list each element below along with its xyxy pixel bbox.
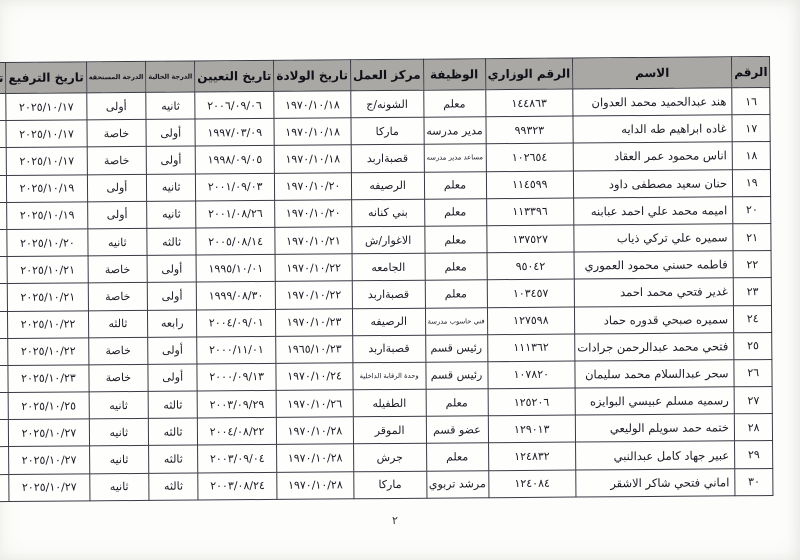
cell-name: سميره صبحي قدوره حماد	[574, 305, 733, 333]
cell-end_date: ٢٠٢٥/١٠/٢٨	[0, 447, 9, 475]
scanned-page: الرقمالاسمالرقم الوزاريالوظيفةمركز العمل…	[0, 0, 800, 560]
cell-cur_grade: أولى	[148, 337, 197, 365]
cell-birth_date: ١٩٧٠/١٠/٢٠	[274, 200, 351, 228]
column-header-promo_date: تاريخ الترفيع	[5, 62, 85, 94]
cell-ministry_no: ٩٩٣٢٣	[485, 116, 573, 144]
cell-cur_grade: أولى	[147, 282, 196, 310]
cell-job: معلم	[423, 171, 485, 199]
cell-promo_date: ٢٠٢٥/١٠/١٩	[7, 202, 87, 230]
cell-name: عبير جهاد كامل عبدالنبي	[575, 441, 734, 469]
cell-no: ٢٧	[734, 387, 773, 414]
cell-no: ١٨	[732, 142, 771, 169]
cell-due_grade: خاصة	[88, 364, 148, 392]
cell-appoint_date: ٢٠٠٣/٠٨/٢٤	[197, 472, 276, 500]
cell-due_grade: أولى	[87, 174, 147, 202]
cell-job: رئيس قسم	[425, 334, 487, 362]
cell-appoint_date: ٢٠٠٣/٠٩/٢٩	[197, 390, 276, 418]
cell-promo_date: ٢٠٢٥/١٠/١٩	[6, 174, 86, 202]
cell-due_grade: ثانيه	[88, 419, 148, 447]
cell-name: ختمه حمد سويلم الوليعي	[575, 414, 734, 442]
cell-cur_grade: ثانيه	[146, 174, 195, 202]
cell-work_center: الطفيله	[353, 389, 426, 417]
cell-job: مدير مدرسه	[423, 117, 485, 145]
cell-due_grade: خاصة	[87, 256, 147, 284]
cell-birth_date: ١٩٧٠/١٠/٢٢	[275, 281, 352, 309]
cell-promo_date: ٢٠٢٥/١٠/٢٣	[8, 365, 88, 393]
cell-promo_date: ٢٠٢٥/١٠/٢٠	[7, 229, 87, 257]
column-header-due_grade: الدرجة المستحقة	[86, 61, 146, 92]
cell-due_grade: خاصة	[88, 337, 148, 365]
cell-due_grade: ثانيه	[89, 473, 149, 501]
cell-work_center: ماركا	[353, 471, 426, 499]
column-header-job: الوظيفة	[423, 59, 485, 90]
column-header-birth_date: تاريخ الولادة	[273, 60, 350, 92]
cell-job: معلم	[425, 389, 487, 417]
cell-end_date: ٢٠٢٥/١٠/٢٨	[0, 474, 9, 502]
cell-name: حنان سعيد مصطفى داود	[573, 169, 732, 197]
cell-ministry_no: ١٤٤٨٦٣	[485, 89, 573, 117]
cell-work_center: الرصيفه	[352, 308, 425, 336]
cell-promo_date: ٢٠٢٥/١٠/٢٢	[8, 338, 88, 366]
cell-due_grade: خاصة	[86, 120, 146, 148]
cell-end_date: ٢٠٢٥/١٠/٢٢	[0, 284, 7, 312]
cell-no: ٢٢	[733, 251, 772, 278]
cell-end_date: ٢٠٢٥/١٠/٢٢	[0, 257, 7, 285]
cell-name: غدير فتحي محمد احمد	[574, 278, 733, 306]
cell-appoint_date: ١٩٩٥/١٠/٠١	[196, 255, 275, 283]
cell-work_center: الجامعه	[351, 253, 424, 281]
cell-end_date: ٢٠٢٥/١٠/١٨	[0, 148, 6, 176]
cell-ministry_no: ١٢٤٨٣٢	[488, 442, 576, 470]
cell-job: معلم	[426, 443, 488, 471]
cell-job: معلم	[424, 226, 486, 254]
cell-appoint_date: ١٩٩٩/٠٨/٣٠	[196, 282, 275, 310]
cell-name: فاطمه حسني محمود العموري	[574, 251, 733, 279]
cell-work_center: قصبةاربد	[352, 335, 425, 363]
cell-appoint_date: ٢٠٠١/٠٩/٠٣	[195, 173, 274, 201]
cell-cur_grade: ثالثه	[148, 391, 197, 419]
cell-due_grade: خاصة	[86, 147, 146, 175]
cell-due_grade: ثانيه	[89, 446, 149, 474]
cell-work_center: بني كنانه	[351, 199, 424, 227]
cell-ministry_no: ٩٥٠٤٢	[486, 252, 574, 280]
cell-job: معلم	[424, 253, 486, 281]
cell-job: فني حاسوب مدرسة	[425, 307, 487, 335]
cell-ministry_no: ١١١٣٦٢	[487, 334, 575, 362]
cell-cur_grade: ثالثه	[147, 228, 196, 256]
cell-ministry_no: ١٢٤٠٨٤	[488, 470, 576, 498]
cell-birth_date: ١٩٧٠/١٠/٢٨	[276, 444, 353, 472]
cell-work_center: قصبةاربد	[352, 281, 425, 309]
cell-birth_date: ١٩٧٠/١٠/٢٤	[276, 363, 353, 391]
cell-cur_grade: رابعه	[147, 310, 196, 338]
cell-end_date: ٢٠٢٥/١٠/٢٣	[0, 338, 8, 366]
table-body: ١٦هند عبدالحميد محمد العدوان١٤٤٨٦٣معلمال…	[0, 88, 773, 502]
cell-name: سحر عبدالسلام محمد سليمان	[575, 360, 734, 388]
cell-appoint_date: ١٩٩٨/٠٩/٠٥	[195, 146, 274, 174]
cell-work_center: الموقر	[353, 416, 426, 444]
cell-birth_date: ١٩٧٠/١٠/٢٨	[277, 471, 354, 499]
cell-name: فتحي محمد عبدالرحمن جرادات	[574, 332, 733, 360]
column-header-appoint_date: تاريخ التعيين	[194, 60, 273, 92]
promotions-table-wrap: الرقمالاسمالرقم الوزاريالوظيفةمركز العمل…	[0, 56, 773, 502]
cell-promo_date: ٢٠٢٥/١٠/١٧	[6, 147, 86, 175]
cell-birth_date: ١٩٧٠/١٠/٢٢	[275, 254, 352, 282]
cell-promo_date: ٢٠٢٥/١٠/٢٧	[9, 446, 89, 474]
cell-no: ١٩	[732, 169, 771, 196]
cell-appoint_date: ٢٠٠٥/٠٨/١٤	[196, 227, 275, 255]
cell-work_center: جرش	[353, 444, 426, 472]
cell-job: معلم	[424, 198, 486, 226]
cell-cur_grade: أولى	[147, 255, 196, 283]
cell-appoint_date: ٢٠٠١/٠٨/٢٦	[195, 200, 274, 228]
cell-ministry_no: ١١٤٥٩٩	[485, 171, 573, 199]
cell-no: ٣٠	[734, 468, 773, 495]
cell-name: هند عبدالحميد محمد العدوان	[572, 88, 731, 116]
cell-appoint_date: ٢٠٠٤/٠٩/٠١	[196, 309, 275, 337]
cell-due_grade: ثانيه	[87, 228, 147, 256]
cell-due_grade: أولى	[86, 92, 146, 120]
cell-no: ٢٨	[734, 414, 773, 441]
cell-birth_date: ١٩٧٠/١٠/٢٣	[275, 308, 352, 336]
page-number: ٢	[0, 514, 790, 527]
cell-birth_date: ١٩٧٠/١٠/٢٨	[276, 417, 353, 445]
cell-ministry_no: ١٠٧٨٢٠	[487, 361, 575, 389]
cell-promo_date: ٢٠٢٥/١٠/٢٧	[9, 473, 89, 501]
cell-no: ١٦	[731, 88, 770, 115]
column-header-cur_grade: الدرجة الحالية	[145, 61, 194, 92]
cell-promo_date: ٢٠٢٥/١٠/٢٢	[7, 310, 87, 338]
cell-cur_grade: أولى	[146, 146, 195, 174]
cell-work_center: الرصيفه	[351, 172, 424, 200]
cell-due_grade: ثانيه	[88, 391, 148, 419]
cell-name: رسميه مسلم عبيسي البوايزه	[575, 387, 734, 415]
cell-work_center: الاغوار/ش	[351, 226, 424, 254]
cell-job: مساعد مدير مدرسه	[423, 144, 485, 172]
cell-work_center: وحدة الرقابة الداخلية	[352, 362, 425, 390]
cell-promo_date: ٢٠٢٥/١٠/٢٥	[8, 392, 88, 420]
cell-end_date: ٢٠٢٥/١٠/٢٣	[0, 311, 8, 339]
cell-end_date: ٢٠٢٥/١٠/٢٤	[0, 365, 8, 393]
cell-cur_grade: ثالثه	[149, 473, 198, 501]
cell-no: ٢٤	[733, 305, 772, 332]
cell-promo_date: ٢٠٢٥/١٠/٢١	[7, 283, 87, 311]
cell-ministry_no: ١٢٥٢٠٦	[487, 388, 575, 416]
cell-cur_grade: أولى	[146, 119, 195, 147]
cell-work_center: الشونه/ج	[350, 90, 423, 118]
table-row: ٣٠اماني فتحي شاكر الاشقر١٢٤٠٨٤مرشد تربوي…	[0, 468, 773, 502]
cell-job: عضو قسم	[425, 416, 487, 444]
cell-end_date: ٢٠٢٥/١٠/٢١	[0, 229, 7, 257]
cell-promo_date: ٢٠٢٥/١٠/١٧	[6, 120, 86, 148]
cell-end_date: ٢٠٢٥/١٠/١٨	[0, 121, 6, 149]
cell-job: معلم	[423, 90, 485, 118]
cell-ministry_no: ١١٣٣٩٦	[486, 198, 574, 226]
cell-due_grade: أولى	[87, 201, 147, 229]
cell-promo_date: ٢٠٢٥/١٠/٢٧	[8, 419, 88, 447]
cell-name: اميمه محمد علي احمد عبابنه	[573, 197, 732, 225]
cell-name: اناس محمود عمر العقاد	[573, 142, 732, 170]
cell-job: مرشد تربوي	[426, 470, 488, 498]
cell-name: سميره علي تركي ذياب	[574, 224, 733, 252]
cell-appoint_date: ٢٠٠٦/٠٩/٠٦	[194, 91, 273, 119]
cell-promo_date: ٢٠٢٥/١٠/٢١	[7, 256, 87, 284]
cell-no: ٢٩	[734, 441, 773, 468]
cell-cur_grade: أولى	[148, 364, 197, 392]
cell-cur_grade: ثانيه	[146, 201, 195, 229]
cell-no: ٢٥	[733, 332, 772, 359]
cell-birth_date: ١٩٦٥/١٠/٢٣	[276, 335, 353, 363]
column-header-end_date: تاريخ الانهاء	[0, 63, 6, 95]
cell-end_date: ٢٠٢٥/١٠/٢٠	[0, 202, 7, 230]
cell-work_center: قصبةاربد	[351, 145, 424, 173]
cell-birth_date: ١٩٧٠/١٠/١٨	[274, 118, 351, 146]
cell-appoint_date: ٢٠٠٣/٠٩/٠٤	[197, 445, 276, 473]
column-header-ministry_no: الرقم الوزاري	[485, 58, 573, 90]
promotions-table: الرقمالاسمالرقم الوزاريالوظيفةمركز العمل…	[0, 56, 773, 502]
cell-end_date: ٢٠٢٥/١٠/٢٠	[0, 175, 7, 203]
cell-no: ٢٣	[733, 278, 772, 305]
cell-name: اماني فتحي شاكر الاشقر	[575, 468, 734, 496]
cell-appoint_date: ٢٠٠٠/١١/٠١	[196, 336, 275, 364]
cell-promo_date: ٢٠٢٥/١٠/١٧	[6, 93, 86, 121]
cell-no: ١٧	[732, 115, 771, 142]
cell-appoint_date: ٢٠٠٤/٠٨/٢٢	[197, 418, 276, 446]
column-header-work_center: مركز العمل	[350, 59, 423, 91]
cell-no: ٢٦	[734, 359, 773, 386]
cell-end_date: ٢٠٢٥/١٠/٢٦	[0, 393, 8, 421]
cell-cur_grade: ثالثه	[148, 418, 197, 446]
cell-work_center: ماركا	[350, 117, 423, 145]
cell-cur_grade: ثالثه	[148, 445, 197, 473]
cell-due_grade: خاصة	[87, 283, 147, 311]
cell-birth_date: ١٩٧٠/١٠/٢١	[275, 227, 352, 255]
cell-birth_date: ١٩٧٠/١٠/١٨	[274, 91, 351, 119]
cell-ministry_no: ١٢٧٥٩٨	[487, 307, 575, 335]
cell-ministry_no: ١٠٢٦٥٤	[485, 143, 573, 171]
cell-birth_date: ١٩٧٠/١٠/١٨	[274, 145, 351, 173]
cell-job: معلم	[424, 280, 486, 308]
cell-no: ٢٠	[732, 196, 771, 223]
cell-ministry_no: ١٠٣٤٥٧	[486, 279, 574, 307]
cell-no: ٢١	[732, 223, 771, 250]
cell-appoint_date: ١٩٩٧/٠٣/٠٩	[195, 119, 274, 147]
column-header-name: الاسم	[572, 57, 731, 89]
cell-ministry_no: ١٣٧٥٢٧	[486, 225, 574, 253]
cell-ministry_no: ١٢٩٠١٣	[487, 415, 575, 443]
cell-end_date: ٢٠٢٥/١٠/١٨	[0, 94, 6, 122]
cell-due_grade: ثالثه	[88, 310, 148, 338]
cell-cur_grade: ثانيه	[146, 92, 195, 120]
cell-name: غاده ابراهيم طه الدايه	[573, 115, 732, 143]
column-header-no: الرقم	[731, 57, 770, 88]
cell-birth_date: ١٩٧٠/١٠/٢٦	[276, 390, 353, 418]
cell-end_date: ٢٠٢٥/١٠/٢٨	[0, 420, 9, 448]
cell-appoint_date: ٢٠٠٠/٠٩/١٣	[197, 363, 276, 391]
cell-birth_date: ١٩٧٠/١٠/٢٠	[274, 172, 351, 200]
cell-job: رئيس قسم	[425, 362, 487, 390]
